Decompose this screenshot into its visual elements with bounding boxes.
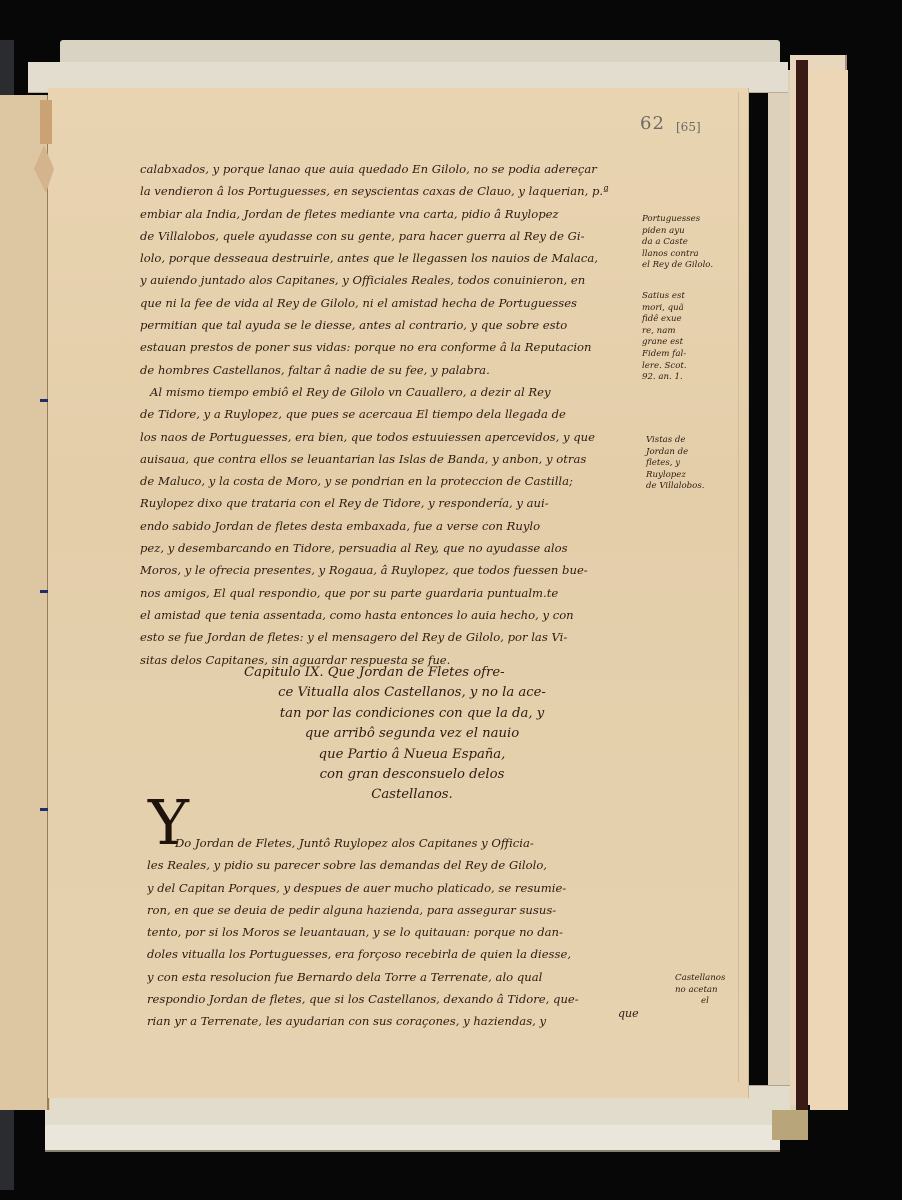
text-line: de Maluco, y la costa de Moro, y se pond… xyxy=(140,470,640,492)
marginal-note-line: re, nam xyxy=(642,326,687,338)
marginal-note: Portuguesses piden ayu da a Caste llanos… xyxy=(642,214,713,272)
marginal-note-line: de Villalobos. xyxy=(646,481,704,493)
marginal-note-line: Portuguesses xyxy=(642,214,713,226)
marginal-note-line: Satius est xyxy=(642,291,687,303)
text-line: rian yr a Terrenate, les ayudarian con s… xyxy=(147,1010,685,1032)
marginal-note-line: Vistas de xyxy=(646,435,704,447)
facing-left-page xyxy=(0,95,50,1110)
text-line: endo sabido Jordan de fletes desta embax… xyxy=(140,515,640,537)
text-line: de Villalobos, quele ayudasse con su gen… xyxy=(140,225,640,247)
marginal-note-line: el Rey de Gilolo. xyxy=(642,260,713,272)
marginal-note-line: no acetan xyxy=(675,985,725,997)
marginal-note: Vistas de Jordan de fletes, y Ruylopez d… xyxy=(646,435,704,493)
marginal-note-latin: Satius est mori, quã fidê exue re, nam g… xyxy=(642,291,687,384)
marginal-note-line: da a Caste xyxy=(642,237,713,249)
text-line: de Tidore, y a Ruylopez, que pues se ace… xyxy=(140,403,640,425)
text-line: nos amigos, El qual respondio, que por s… xyxy=(140,582,640,604)
text-line: lolo, porque desseaua destruirle, antes … xyxy=(140,247,640,269)
text-line: Moros, y le ofrecia presentes, y Rogaua,… xyxy=(140,559,640,581)
text-line: Ruylopez dixo que trataria con el Rey de… xyxy=(140,492,640,514)
bottom-tab xyxy=(772,1110,808,1140)
marginal-note-line: 92. an. 1. xyxy=(642,372,687,384)
text-line: el amistad que tenia assentada, como has… xyxy=(140,604,640,626)
chapter-heading-line: que arribô segunda vez el nauio xyxy=(232,724,592,744)
text-line: la vendieron â los Portuguesses, en seys… xyxy=(140,180,640,202)
chapter-heading: Capitulo IX. Que Jordan de Fletes ofre- … xyxy=(232,663,592,806)
text-line: les Reales, y pidio su parecer sobre las… xyxy=(147,854,685,876)
marginal-note-line: llanos contra xyxy=(642,249,713,261)
marginal-note-line: mori, quã xyxy=(642,303,687,315)
text-line: y del Capitan Porques, y despues de auer… xyxy=(147,877,685,899)
page-stack-bottom-edge-lower xyxy=(45,1125,780,1152)
text-line: y auiendo juntado alos Capitanes, y Offi… xyxy=(140,269,640,291)
page-edge-line xyxy=(738,92,739,1082)
text-line: Al mismo tiempo embiô el Rey de Gilolo v… xyxy=(140,381,640,403)
text-line: pez, y desembarcando en Tidore, persuadi… xyxy=(140,537,640,559)
repair-tape xyxy=(40,100,52,144)
chapter-heading-line: que Partio â Nueua España, xyxy=(232,745,592,765)
marginal-note-line: fletes, y xyxy=(646,458,704,470)
binding-gap-shadow xyxy=(796,60,808,1120)
text-line: tento, por si los Moros se leuantauan, y… xyxy=(147,921,685,943)
text-line: respondio Jordan de fletes, que si los C… xyxy=(147,988,685,1010)
page-stack-right-leaves xyxy=(810,70,848,1110)
text-line: que ni la fee de vida al Rey de Gilolo, … xyxy=(140,292,640,314)
text-line: doles vitualla los Portuguesses, era for… xyxy=(147,943,685,965)
marginal-note-line: fidê exue xyxy=(642,314,687,326)
chapter-heading-line: ce Vitualla alos Castellanos, y no la ac… xyxy=(232,683,592,703)
text-line: calabxados, y porque lanao que auia qued… xyxy=(140,158,640,180)
text-line: embiar ala India, Jordan de fletes media… xyxy=(140,203,640,225)
marginal-note-line: Castellanos xyxy=(675,973,725,985)
text-line: y con esta resolucion fue Bernardo dela … xyxy=(147,966,685,988)
chapter-heading-line: Castellanos. xyxy=(232,785,592,805)
text-line: permitian que tal ayuda se le diesse, an… xyxy=(140,314,640,336)
marginal-note-line: el xyxy=(675,996,725,1008)
chapter-heading-line: con gran desconsuelo delos xyxy=(232,765,592,785)
chapter-heading-line: tan por las condiciones con que la da, y xyxy=(232,704,592,724)
marginal-note-line: piden ayu xyxy=(642,226,713,238)
marginal-note-line: Ruylopez xyxy=(646,470,704,482)
marginal-note: Castellanos no acetan el xyxy=(675,973,725,1008)
marginal-note-line: Fidem fal- xyxy=(642,349,687,361)
text-line: de hombres Castellanos, faltar â nadie d… xyxy=(140,359,640,381)
text-line: los naos de Portuguesses, era bien, que … xyxy=(140,426,640,448)
folio-number: 62 xyxy=(640,113,665,134)
body-text-block: calabxados, y porque lanao que auia qued… xyxy=(140,158,640,671)
marginal-note-line: grane est xyxy=(642,337,687,349)
chapter-body-text: Do Jordan de Fletes, Juntô Ruylopez alos… xyxy=(175,832,685,1033)
chapter-heading-line: Capitulo IX. Que Jordan de Fletes ofre- xyxy=(232,663,592,683)
text-line: ron, en que se deuia de pedir alguna haz… xyxy=(147,899,685,921)
text-line: esto se fue Jordan de fletes: y el mensa… xyxy=(140,626,640,648)
text-line: auisaua, que contra ellos se leuantarian… xyxy=(140,448,640,470)
marginal-note-line: Jordan de xyxy=(646,447,704,459)
marginal-note-line: lere. Scot. xyxy=(642,361,687,373)
catchword: que xyxy=(618,1007,639,1020)
text-line: estauan prestos de poner sus vidas: porq… xyxy=(140,336,640,358)
folio-alt-number: [65] xyxy=(676,120,701,134)
text-line: Do Jordan de Fletes, Juntô Ruylopez alos… xyxy=(175,832,685,854)
